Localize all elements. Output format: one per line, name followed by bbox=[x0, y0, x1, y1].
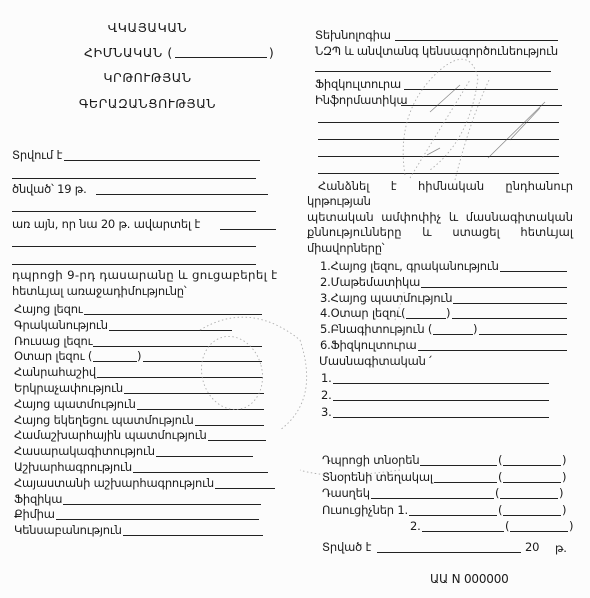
paren-close: ) bbox=[569, 519, 573, 533]
word: մասնագիտական bbox=[466, 210, 573, 224]
subject-physical-culture: Ֆիզկուլտուրա bbox=[315, 77, 401, 91]
subject-grade-field[interactable] bbox=[195, 425, 264, 426]
exam-grade-field[interactable] bbox=[421, 287, 567, 288]
word: է bbox=[391, 179, 397, 193]
subject-grade-field[interactable] bbox=[215, 488, 275, 489]
subject-technology: Տեխնոլոգիա bbox=[315, 28, 391, 42]
grade-field[interactable] bbox=[452, 318, 567, 319]
subject-label: Հայաստանի աշխարհագրություն bbox=[14, 476, 214, 490]
paren-open: ( bbox=[498, 470, 502, 484]
subject-label: Հայոց եկեղեցու պատմություն bbox=[14, 413, 194, 427]
subject-label: Օտար լեզու ( bbox=[14, 349, 92, 363]
subject-grade-field[interactable] bbox=[123, 535, 263, 536]
born-label: ծնված՝ 19 թ. bbox=[12, 182, 87, 196]
born-field[interactable] bbox=[96, 194, 268, 195]
subject-grade-field[interactable] bbox=[208, 440, 266, 441]
signature-field[interactable] bbox=[371, 498, 494, 499]
word: և bbox=[449, 210, 458, 224]
subject-label: Հայոց լեզու bbox=[14, 302, 83, 316]
title-line-4: ԳԵՐԱԶԱՆՑՈՒԹՅԱՆ bbox=[0, 96, 295, 111]
subject-grade-field[interactable] bbox=[93, 361, 137, 362]
certificate-page: ՎԿԱՅԱԿԱՆ ՀԻՄՆԱԿԱՆ () ԿՐԹՈՒԹՅԱՆ ԳԵՐԱԶԱՆՑՈ… bbox=[0, 0, 590, 598]
specialized-item-field[interactable] bbox=[333, 417, 549, 418]
grade-field[interactable] bbox=[479, 334, 567, 335]
paren-close: ) bbox=[446, 306, 450, 320]
exam-grade-field[interactable] bbox=[500, 271, 567, 272]
subject-label: Հասարակագիտություն bbox=[14, 444, 155, 458]
title-line-2-text: ՀԻՄՆԱԿԱՆ ( bbox=[84, 45, 173, 60]
extra-line-4[interactable] bbox=[318, 173, 559, 174]
signature-field[interactable] bbox=[420, 465, 497, 466]
signature-field[interactable] bbox=[409, 515, 497, 516]
signature-name-field[interactable] bbox=[503, 482, 561, 483]
signature-label: Դպրոցի տնօրեն bbox=[322, 453, 419, 467]
exam-grade-field[interactable] bbox=[453, 303, 567, 304]
paren-close: ) bbox=[562, 453, 566, 467]
title-blank[interactable] bbox=[175, 57, 267, 58]
issued-to-field-2[interactable] bbox=[12, 178, 256, 179]
paren-close: ) bbox=[562, 470, 566, 484]
stamp-circle-icon bbox=[193, 329, 270, 416]
specialized-item-field[interactable] bbox=[333, 383, 549, 384]
word: հիմնական bbox=[418, 179, 484, 193]
issued-year-suffix: թ. bbox=[555, 541, 567, 555]
word: ընդհանուր bbox=[505, 179, 573, 193]
signature-name-field[interactable] bbox=[503, 465, 561, 466]
exam-line-3: միավորները՝ bbox=[307, 241, 384, 255]
subject-label: Կենսաբանություն bbox=[14, 523, 122, 537]
word: ամփոփիչ bbox=[381, 210, 441, 224]
informatics-grade-field[interactable] bbox=[401, 105, 562, 106]
issued-to-field[interactable] bbox=[64, 160, 260, 161]
serial-number: ԱԱ N 000000 bbox=[430, 572, 509, 586]
finished-label: առ այն, որ նա 20 թ. ավարտել է bbox=[12, 217, 200, 231]
word: քննությունները bbox=[307, 225, 402, 239]
school-field-1[interactable] bbox=[12, 246, 256, 247]
paren-close: ) bbox=[562, 503, 566, 517]
born-field-2[interactable] bbox=[12, 211, 256, 212]
subject-nzp: ՆԶՊ և անվտանգ կենսագործունեություն bbox=[315, 44, 558, 58]
technology-grade-field[interactable] bbox=[395, 40, 558, 41]
extra-line-3[interactable] bbox=[318, 156, 559, 157]
subject-label: Հայոց պատմություն bbox=[14, 397, 136, 411]
paren-open: ( bbox=[498, 503, 502, 517]
signature-name-field[interactable] bbox=[500, 498, 558, 499]
school-field-2[interactable] bbox=[12, 264, 256, 265]
signature-label: 2. bbox=[410, 519, 421, 533]
subject-label: Երկրաչափություն bbox=[14, 381, 123, 395]
school-line-1: դպրոցի 9-րդ դասարանը և ցուցաբերել է bbox=[12, 268, 278, 282]
paren-close: ) bbox=[137, 349, 141, 363]
subject-label: Ֆիզիկա bbox=[14, 492, 62, 506]
subject-grade-field[interactable] bbox=[133, 472, 268, 473]
school-line-2: հետևյալ առաջադիմությունը՝ bbox=[12, 284, 186, 298]
subject-label: Քիմիա bbox=[14, 507, 55, 521]
signature-field[interactable] bbox=[434, 482, 497, 483]
physical-culture-grade-field[interactable] bbox=[404, 89, 558, 90]
nzp-grade-field[interactable] bbox=[315, 71, 551, 72]
subject-grade-field[interactable] bbox=[56, 519, 259, 520]
subject-label: Գրականություն bbox=[14, 318, 108, 332]
subject-grade-field[interactable] bbox=[109, 330, 232, 331]
subject-informatics: Ինֆորմատիկա bbox=[315, 93, 407, 107]
exam-grade-field[interactable] bbox=[433, 334, 473, 335]
exam-label: 3.Հայոց պատմություն bbox=[320, 291, 452, 305]
subject-grade-field[interactable] bbox=[84, 314, 262, 315]
specialized-item-field[interactable] bbox=[333, 400, 549, 401]
signature-name-field[interactable] bbox=[503, 515, 561, 516]
passed-line-1: Հանձնել է հիմնական ընդհանուր bbox=[318, 179, 573, 193]
specialized-item-label: 1. bbox=[321, 371, 332, 385]
word: հետևյալ bbox=[520, 225, 573, 239]
title-line-2: ՀԻՄՆԱԿԱՆ () bbox=[84, 45, 274, 60]
word: ստացել bbox=[452, 225, 499, 239]
exam-grade-field[interactable] bbox=[418, 350, 567, 351]
subject-grade-field[interactable] bbox=[156, 456, 253, 457]
paren-open: ( bbox=[498, 453, 502, 467]
finished-field[interactable] bbox=[220, 229, 276, 230]
paren-open: ( bbox=[505, 519, 509, 533]
subject-label: Հանրահաշիվ bbox=[14, 365, 96, 379]
specialized-label: Մասնագիտական ՛ bbox=[319, 354, 432, 368]
exam-line-2: քննությունները և ստացել հետևյալ bbox=[307, 225, 573, 239]
title-line-2-paren: ) bbox=[269, 45, 274, 60]
extra-line-2[interactable] bbox=[318, 139, 559, 140]
title-line-3: ԿՐԹՈՒԹՅԱՆ bbox=[0, 70, 295, 85]
exam-line-1: պետական ամփոփիչ և մասնագիտական bbox=[307, 210, 573, 224]
issued-label: Տրված է bbox=[322, 540, 371, 554]
word: Հանձնել bbox=[318, 179, 369, 193]
extra-line-1[interactable] bbox=[318, 122, 559, 123]
specialized-item-label: 2. bbox=[321, 388, 332, 402]
grade-field[interactable] bbox=[143, 361, 262, 362]
signature-label: Տնօրենի տեղակալ bbox=[322, 470, 433, 484]
subject-label: Աշխարհագրություն bbox=[14, 460, 132, 474]
title-line-1: ՎԿԱՅԱԿԱՆ bbox=[0, 20, 295, 35]
exam-label: 2.Մաթեմատիկա bbox=[320, 275, 420, 289]
subject-label: Ռուսաց լեզու bbox=[14, 334, 92, 348]
exam-label: 1.Հայոց լեզու, գրականություն bbox=[320, 259, 499, 273]
signature-label: Դասղեկ bbox=[322, 486, 370, 500]
specialized-item-label: 3. bbox=[321, 405, 332, 419]
subject-grade-field[interactable] bbox=[124, 393, 264, 394]
issued-year: 20 bbox=[525, 540, 539, 554]
signature-field[interactable] bbox=[422, 531, 504, 532]
paren-open: ( bbox=[495, 486, 499, 500]
paren-close: ) bbox=[473, 322, 477, 336]
passed-line-2: կրթության bbox=[307, 194, 371, 208]
word: պետական bbox=[307, 210, 374, 224]
signature-name-field[interactable] bbox=[510, 531, 568, 532]
word: և bbox=[422, 225, 431, 239]
exam-grade-field[interactable] bbox=[406, 318, 446, 319]
issued-to-label: Տրվում է bbox=[12, 148, 62, 162]
signature-label: Ուսուցիչներ 1. bbox=[322, 503, 408, 517]
exam-label: 6.Ֆիզկուլտուրա bbox=[320, 338, 417, 352]
issued-date-field[interactable] bbox=[377, 552, 521, 553]
subject-grade-field[interactable] bbox=[97, 377, 263, 378]
exam-label: 5.Բնագիտություն ( bbox=[320, 322, 432, 336]
subject-grade-field[interactable] bbox=[93, 346, 262, 347]
subject-grade-field[interactable] bbox=[63, 504, 261, 505]
subject-grade-field[interactable] bbox=[137, 409, 264, 410]
exam-label: 4.Օտար լեզու( bbox=[320, 306, 405, 320]
subject-label: Համաշխարհային պատմություն bbox=[14, 428, 207, 442]
paren-close: ) bbox=[559, 486, 563, 500]
